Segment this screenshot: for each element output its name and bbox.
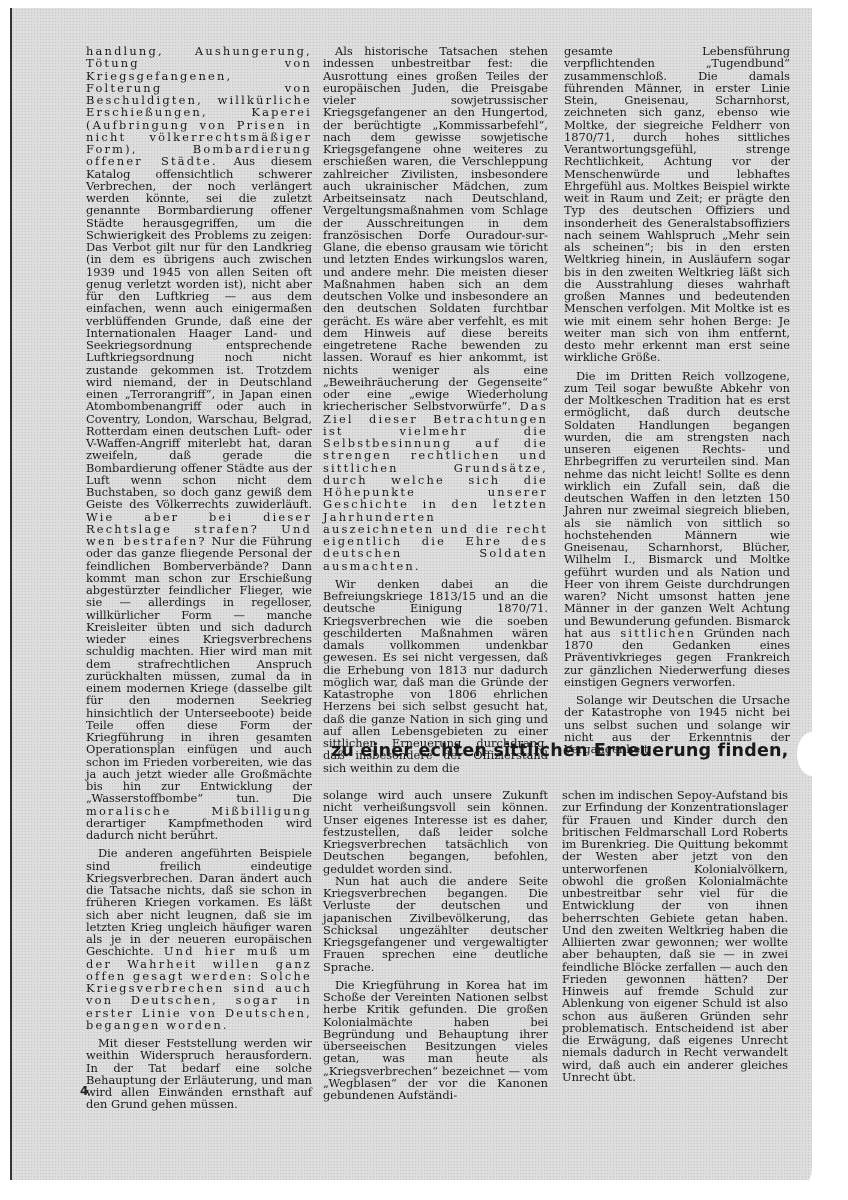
paragraph: Die anderen angeführten Beispiele sind f… (86, 847, 312, 1031)
paragraph: handlung, Aushungerung, Tötung von Krieg… (86, 45, 312, 841)
body-text: gesamte Lebensführung verpflichtenden „T… (564, 44, 790, 364)
paragraph: Als historische Tatsachen stehen indesse… (323, 45, 548, 572)
paragraph: Mit dieser Feststellung werden wir weith… (86, 1037, 312, 1111)
body-text: solange wird auch unsere Zukunft nicht v… (323, 788, 548, 876)
column-3-lower: schen im indischen Sepoy-Aufstand bis zu… (562, 789, 788, 1083)
column-3: gesamte Lebensführung verpflichtenden „T… (564, 45, 790, 755)
paragraph: Die Kriegführung in Korea hat im Schoße … (323, 979, 548, 1102)
body-text: Die im Dritten Reich vollzogene, zum Tei… (564, 369, 790, 640)
punch-hole (797, 732, 827, 776)
spaced-text: handlung, Aushungerung, Tötung von Krieg… (86, 44, 312, 168)
body-text: Aus diesem Katalog offensichtlich schwer… (86, 154, 312, 511)
body-text: Mit dieser Feststellung werden wir weith… (86, 1036, 312, 1111)
paragraph: Nun hat auch die andere Seite Kriegsverb… (323, 875, 548, 973)
paragraph: gesamte Lebensführung verpflichtenden „T… (564, 45, 790, 364)
body-text: schen im indischen Sepoy-Aufstand bis zu… (562, 788, 788, 1084)
body-text: derartiger Kampfmethoden wird dadurch ni… (86, 816, 312, 842)
body-text: Die Kriegführung in Korea hat im Schoße … (323, 978, 548, 1102)
paragraph: Die im Dritten Reich vollzogene, zum Tei… (564, 370, 790, 689)
body-text: Nur die Führung oder das ganze fliegende… (86, 534, 312, 805)
spaced-text: Das Ziel dieser Betrachtungen ist vielme… (323, 399, 548, 572)
paragraph: solange wird auch unsere Zukunft nicht v… (323, 789, 548, 875)
column-2-lower: solange wird auch unsere Zukunft nicht v… (323, 789, 548, 1101)
page-number: 4 (80, 1084, 88, 1098)
spaced-text: Und hier muß um der Wahrheit willen ganz… (86, 944, 312, 1032)
body-text: Nun hat auch die andere Seite Kriegsverb… (323, 874, 548, 974)
column-1: handlung, Aushungerung, Tötung von Krieg… (86, 45, 312, 1111)
headline: zu einer echten sittlichen Erneuerung fi… (331, 741, 801, 761)
column-2: Als historische Tatsachen stehen indesse… (323, 45, 548, 774)
paragraph: schen im indischen Sepoy-Aufstand bis zu… (562, 789, 788, 1083)
body-text: Die anderen angeführten Beispiele sind f… (86, 846, 312, 958)
body-text: Als historische Tatsachen stehen indesse… (323, 44, 548, 413)
